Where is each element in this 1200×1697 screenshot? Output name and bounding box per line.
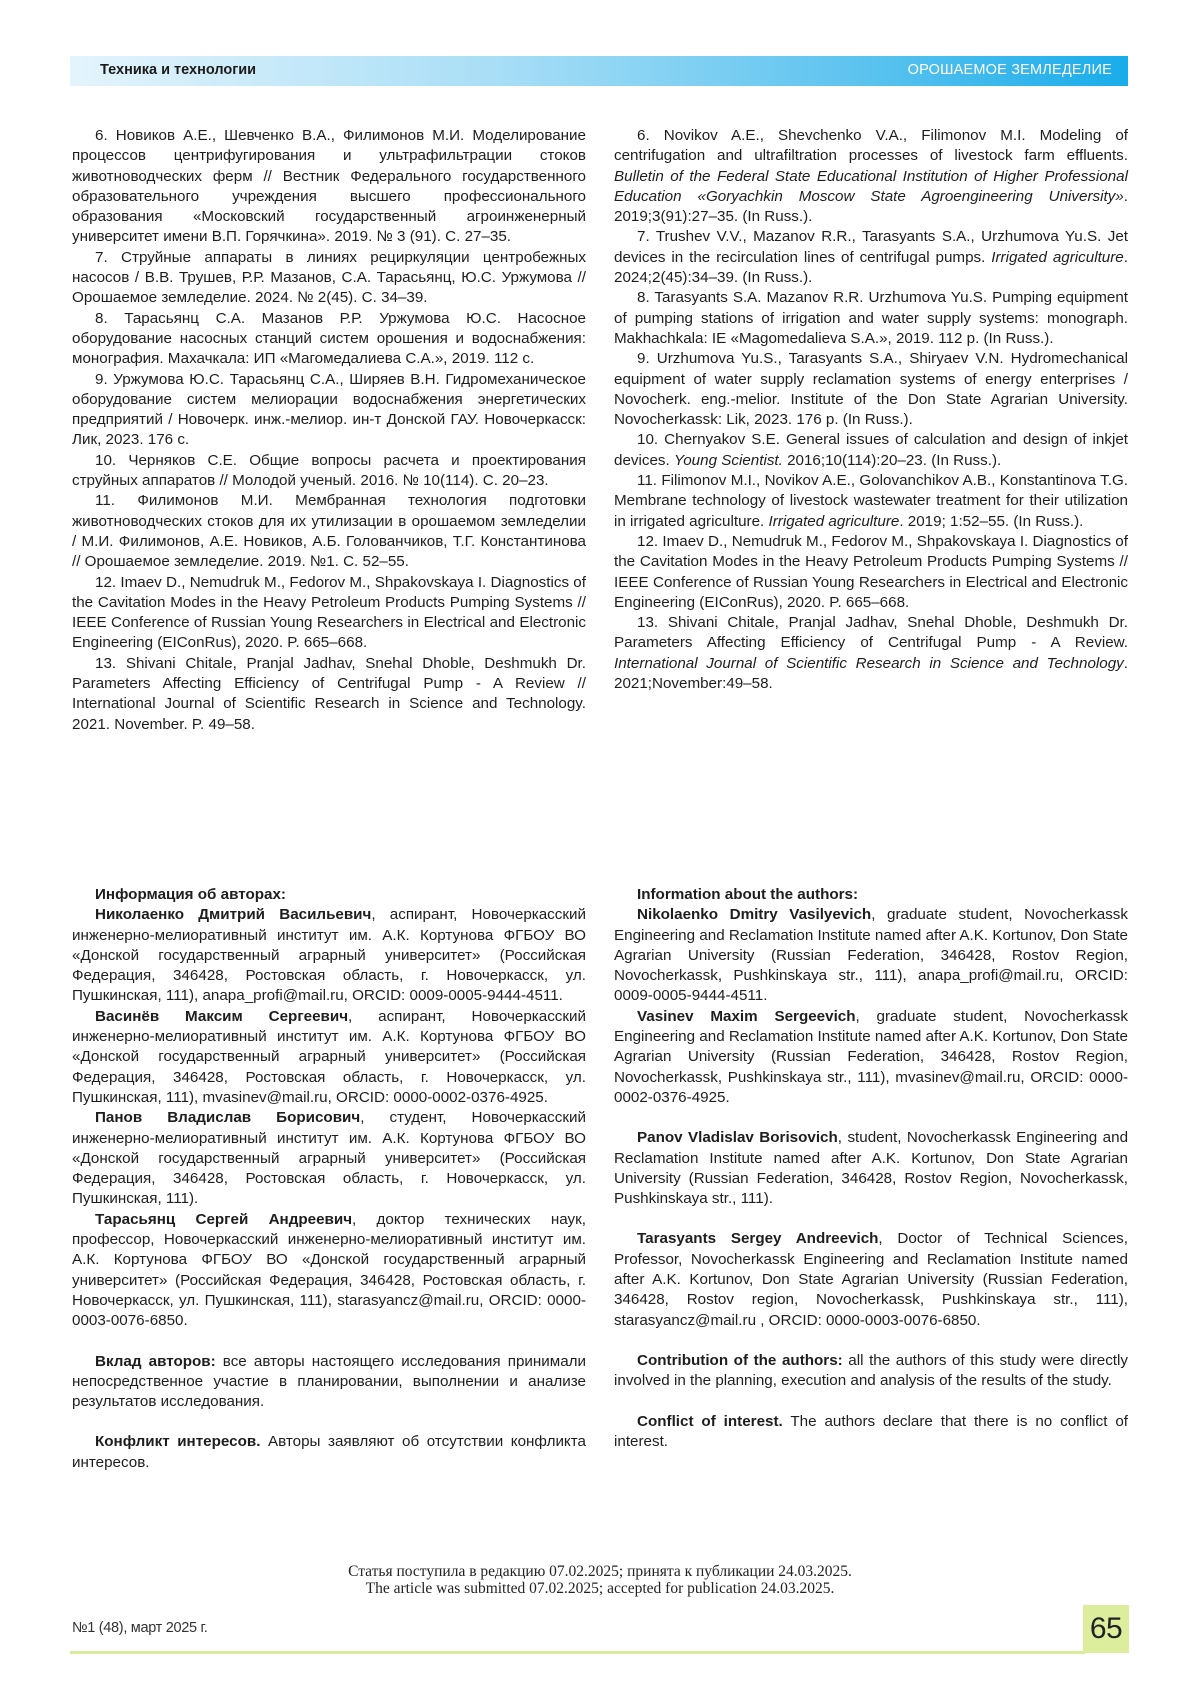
- author-name: Tarasyants Sergey Andreevich: [637, 1230, 878, 1247]
- conflict-statement: Conflict of interest. The authors declar…: [614, 1412, 1128, 1453]
- references-en: 6. Novikov A.E., Shevchenko V.A., Filimo…: [614, 126, 1128, 694]
- submission-en: The article was submitted 07.02.2025; ac…: [0, 1580, 1200, 1597]
- reference-item: 9. Urzhumova Yu.S., Tarasyants S.A., Shi…: [614, 349, 1128, 430]
- author-name: Николаенко Дмитрий Васильевич: [95, 906, 371, 923]
- author-name: Тарасьянц Сергей Андреевич: [95, 1211, 352, 1228]
- submission-dates: Статья поступила в редакцию 07.02.2025; …: [0, 1563, 1200, 1597]
- reference-item: 12. Imaev D., Nemudruk M., Fedorov M., S…: [72, 573, 586, 654]
- authors-info-en: Information about the authors: Nikolaenk…: [614, 885, 1128, 1452]
- journal-title: ОРОШАЕМОЕ ЗЕМЛЕДЕЛИЕ: [908, 62, 1112, 78]
- authors-heading: Информация об авторах:: [72, 885, 586, 905]
- reference-item: 6. Novikov A.E., Shevchenko V.A., Filimo…: [614, 126, 1128, 227]
- author-name: Vasinev Maxim Sergeevich: [637, 1008, 856, 1025]
- reference-item: 11. Filimonov M.I., Novikov A.E., Golova…: [614, 471, 1128, 532]
- reference-item: 11. Филимонов М.И. Мембранная технология…: [72, 491, 586, 572]
- author-entry: Panov Vladislav Borisovich, student, Nov…: [614, 1128, 1128, 1209]
- author-entry: Vasinev Maxim Sergeevich, graduate stude…: [614, 1007, 1128, 1108]
- author-entry: Тарасьянц Сергей Андреевич, доктор техни…: [72, 1210, 586, 1332]
- page-number: 65: [1083, 1605, 1129, 1653]
- reference-item: 7. Trushev V.V., Mazanov R.R., Tarasyant…: [614, 227, 1128, 288]
- reference-item: 9. Уржумова Ю.С. Тарасьянц С.А., Ширяев …: [72, 370, 586, 451]
- author-name: Panov Vladislav Borisovich: [637, 1129, 838, 1146]
- running-header: Техника и технологии ОРОШАЕМОЕ ЗЕМЛЕДЕЛИ…: [70, 56, 1128, 86]
- author-entry: Васинёв Максим Сергеевич, аспирант, Ново…: [72, 1007, 586, 1108]
- contribution-statement: Вклад авторов: все авторы настоящего исс…: [72, 1352, 586, 1413]
- reference-item: 12. Imaev D., Nemudruk M., Fedorov M., S…: [614, 532, 1128, 613]
- reference-item: 7. Струйные аппараты в линиях рециркуляц…: [72, 248, 586, 309]
- reference-item: 13. Shivani Chitale, Pranjal Jadhav, Sne…: [614, 613, 1128, 694]
- authors-heading: Information about the authors:: [614, 885, 1128, 905]
- reference-item: 13. Shivani Chitale, Pranjal Jadhav, Sne…: [72, 654, 586, 735]
- references-ru: 6. Новиков А.Е., Шевченко В.А., Филимоно…: [72, 126, 586, 735]
- issue-info: №1 (48), март 2025 г.: [72, 1620, 207, 1636]
- submission-ru: Статья поступила в редакцию 07.02.2025; …: [0, 1563, 1200, 1580]
- section-title: Техника и технологии: [100, 62, 256, 78]
- reference-item: 6. Новиков А.Е., Шевченко В.А., Филимоно…: [72, 126, 586, 248]
- author-name: Панов Владислав Борисович: [95, 1109, 360, 1126]
- author-entry: Николаенко Дмитрий Васильевич, аспирант,…: [72, 905, 586, 1006]
- author-entry: Nikolaenko Dmitry Vasilyevich, graduate …: [614, 905, 1128, 1006]
- reference-item: 10. Черняков С.Е. Общие вопросы расчета …: [72, 451, 586, 492]
- conflict-statement: Конфликт интересов. Авторы заявляют об о…: [72, 1432, 586, 1473]
- authors-info-ru: Информация об авторах: Николаенко Дмитри…: [72, 885, 586, 1473]
- author-entry: Tarasyants Sergey Andreevich, Doctor of …: [614, 1229, 1128, 1330]
- footer-divider: [70, 1651, 1085, 1654]
- author-name: Nikolaenko Dmitry Vasilyevich: [637, 906, 871, 923]
- author-name: Васинёв Максим Сергеевич: [95, 1008, 348, 1025]
- author-entry: Панов Владислав Борисович, студент, Ново…: [72, 1108, 586, 1209]
- reference-item: 10. Chernyakov S.E. General issues of ca…: [614, 430, 1128, 471]
- reference-item: 8. Тарасьянц С.А. Мазанов Р.Р. Уржумова …: [72, 309, 586, 370]
- contribution-statement: Contribution of the authors: all the aut…: [614, 1351, 1128, 1392]
- reference-item: 8. Tarasyants S.A. Mazanov R.R. Urzhumov…: [614, 288, 1128, 349]
